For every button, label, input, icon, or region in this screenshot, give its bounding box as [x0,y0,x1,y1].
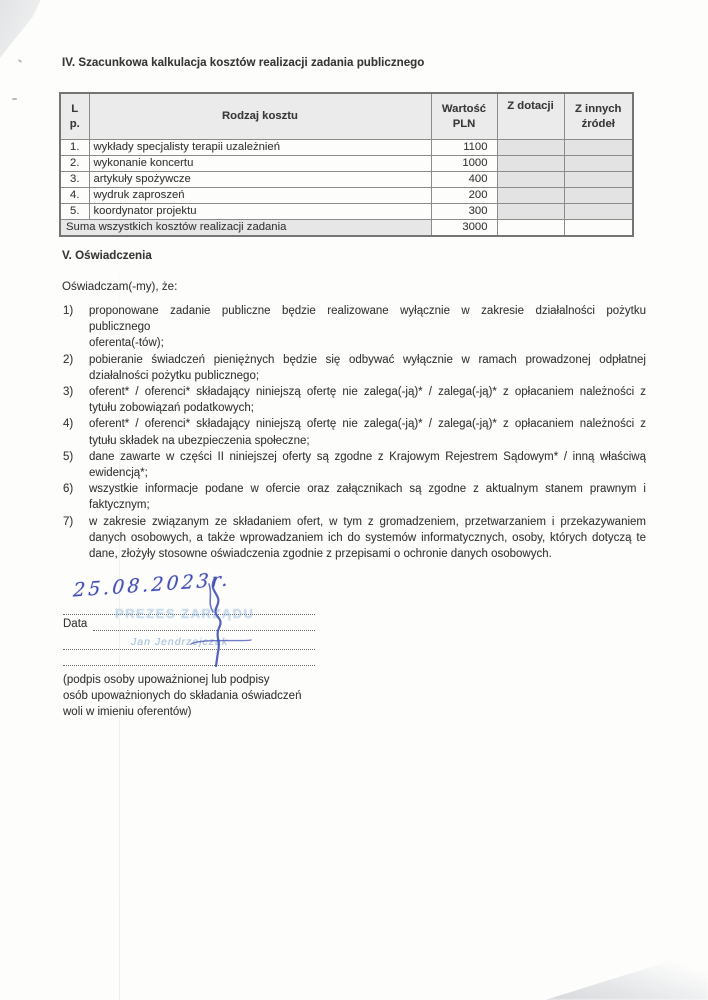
item-line: faktycznym; [89,497,646,513]
row-cost-name: koordynator projektu [89,204,431,220]
header-lp-line2: p. [70,118,80,130]
header-z-innych: Z innych źródeł [564,93,633,140]
section5-heading: V. Oświadczenia [62,249,152,262]
table-row: 5. koordynator projektu 300 [60,204,633,220]
item-line: publicznego [89,319,646,335]
signature-block: 25.08.2023r. PREZES ZARZĄDU Jan Jendrzej… [63,574,315,720]
item-line: wszystkie informacje podane w ofercie or… [89,481,646,497]
table-row: 2. wykonanie koncertu 1000 [60,156,633,172]
row-z-innych-cell [564,140,633,156]
declaration-item-6: 6) wszystkie informacje podane w ofercie… [63,481,646,513]
item-line: oferent* / oferenci* składający niniejsz… [89,416,646,432]
row-z-innych-cell [564,188,633,204]
caption-line: osób upoważnionych do składania oświadcz… [63,688,315,704]
row-z-innych-cell [564,172,633,188]
item-number: 6) [63,481,89,513]
item-line: ewidencją*; [89,465,646,481]
row-value-pln: 1100 [431,140,497,156]
header-wartosc-line1: Wartość [442,103,486,115]
row-cost-name: artykuły spożywcze [89,172,431,188]
scan-corner-shadow-bottomright [523,938,708,1000]
row-lp: 3. [60,172,89,188]
row-lp: 1. [60,140,89,156]
item-number: 1) [63,303,89,352]
item-number: 2) [63,352,89,384]
row-z-dotacji-cell [497,156,564,172]
row-z-dotacji-cell [497,204,564,220]
item-line: pobieranie świadczeń pieniężnych będzie … [89,352,646,368]
summary-z-innych-cell [564,220,633,237]
row-z-dotacji-cell [497,140,564,156]
row-z-innych-cell [564,204,633,220]
table-row: 3. artykuły spożywcze 400 [60,172,633,188]
header-rodzaj-kosztu: Rodzaj kosztu [89,93,431,140]
row-cost-name: wydruk zaproszeń [89,188,431,204]
declaration-item-1: 1) proponowane zadanie publiczne będzie … [63,303,646,352]
row-lp: 4. [60,188,89,204]
declaration-item-2: 2) pobieranie świadczeń pieniężnych będz… [63,352,646,384]
summary-z-dotacji-cell [497,220,564,237]
item-number: 7) [63,514,89,563]
row-cost-name: wykonanie koncertu [89,156,431,172]
item-line: oferent* / oferenci* składający niniejsz… [89,384,646,400]
row-lp: 2. [60,156,89,172]
item-number: 3) [63,384,89,416]
item-number: 4) [63,416,89,448]
item-line: tytułu zobowiązań podatkowych; [89,400,646,416]
scan-speck [12,98,17,100]
summary-value-pln: 3000 [431,220,497,237]
row-value-pln: 400 [431,172,497,188]
item-line: dane, złożyły stosowne oświadczenia zgod… [89,546,646,562]
scan-corner-shadow-topleft [0,0,47,59]
declaration-item-4: 4) oferent* / oferenci* składający ninie… [63,416,646,448]
caption-line: (podpis osoby upoważnionej lub podpisy [63,672,315,688]
header-wartosc-line2: PLN [453,118,476,130]
item-line: w zakresie związanym ze składaniem ofert… [89,514,646,530]
table-summary-row: Suma wszystkich kosztów realizacji zadan… [60,220,633,237]
item-line: proponowane zadanie publiczne będzie rea… [89,303,646,319]
header-lp: L p. [60,93,89,140]
signature-caption: (podpis osoby upoważnionej lub podpisy o… [63,672,315,720]
scanned-document-page: IV. Szacunkowa kalkulacja kosztów realiz… [0,0,708,1000]
item-line: dane zawarte w części II niniejszej ofer… [89,449,646,465]
row-cost-name: wykłady specjalisty terapii uzależnień [89,140,431,156]
summary-label: Suma wszystkich kosztów realizacji zadan… [60,220,431,237]
declaration-item-3: 3) oferent* / oferenci* składający ninie… [63,384,646,416]
row-z-innych-cell [564,156,633,172]
cost-table-header-row: L p. Rodzaj kosztu Wartość PLN Z dotacji… [60,93,633,140]
header-z-dotacji: Z dotacji [497,93,564,140]
row-z-dotacji-cell [497,188,564,204]
header-lp-line1: L [71,103,78,115]
caption-line: woli w imieniu oferentów) [63,704,315,720]
scan-speck [18,59,22,63]
table-row: 4. wydruk zaproszeń 200 [60,188,633,204]
item-line: danych osobowych, a także wprowadzaniem … [89,530,646,546]
handwritten-signature [173,572,253,672]
cost-table: L p. Rodzaj kosztu Wartość PLN Z dotacji… [59,92,634,237]
declaration-item-7: 7) w zakresie związanym ze składaniem of… [63,514,646,563]
declarations-list: 1) proponowane zadanie publiczne będzie … [63,303,646,562]
section4-heading: IV. Szacunkowa kalkulacja kosztów realiz… [62,56,424,69]
row-lp: 5. [60,204,89,220]
declaration-item-5: 5) dane zawarte w części II niniejszej o… [63,449,646,481]
row-value-pln: 200 [431,188,497,204]
declaration-intro: Oświadczam(-my), że: [62,280,177,293]
table-row: 1. wykłady specjalisty terapii uzależnie… [60,140,633,156]
row-value-pln: 300 [431,204,497,220]
date-label: Data [63,617,93,631]
header-wartosc-pln: Wartość PLN [431,93,497,140]
item-line: tytułu składek na ubezpieczenia społeczn… [89,433,646,449]
item-line: działalności pożytku publicznego; [89,368,646,384]
header-z-innych-line1: Z innych [575,103,621,115]
item-number: 5) [63,449,89,481]
item-line: oferenta(-tów); [89,335,646,351]
row-z-dotacji-cell [497,172,564,188]
header-z-innych-line2: źródeł [582,118,615,130]
row-value-pln: 1000 [431,156,497,172]
